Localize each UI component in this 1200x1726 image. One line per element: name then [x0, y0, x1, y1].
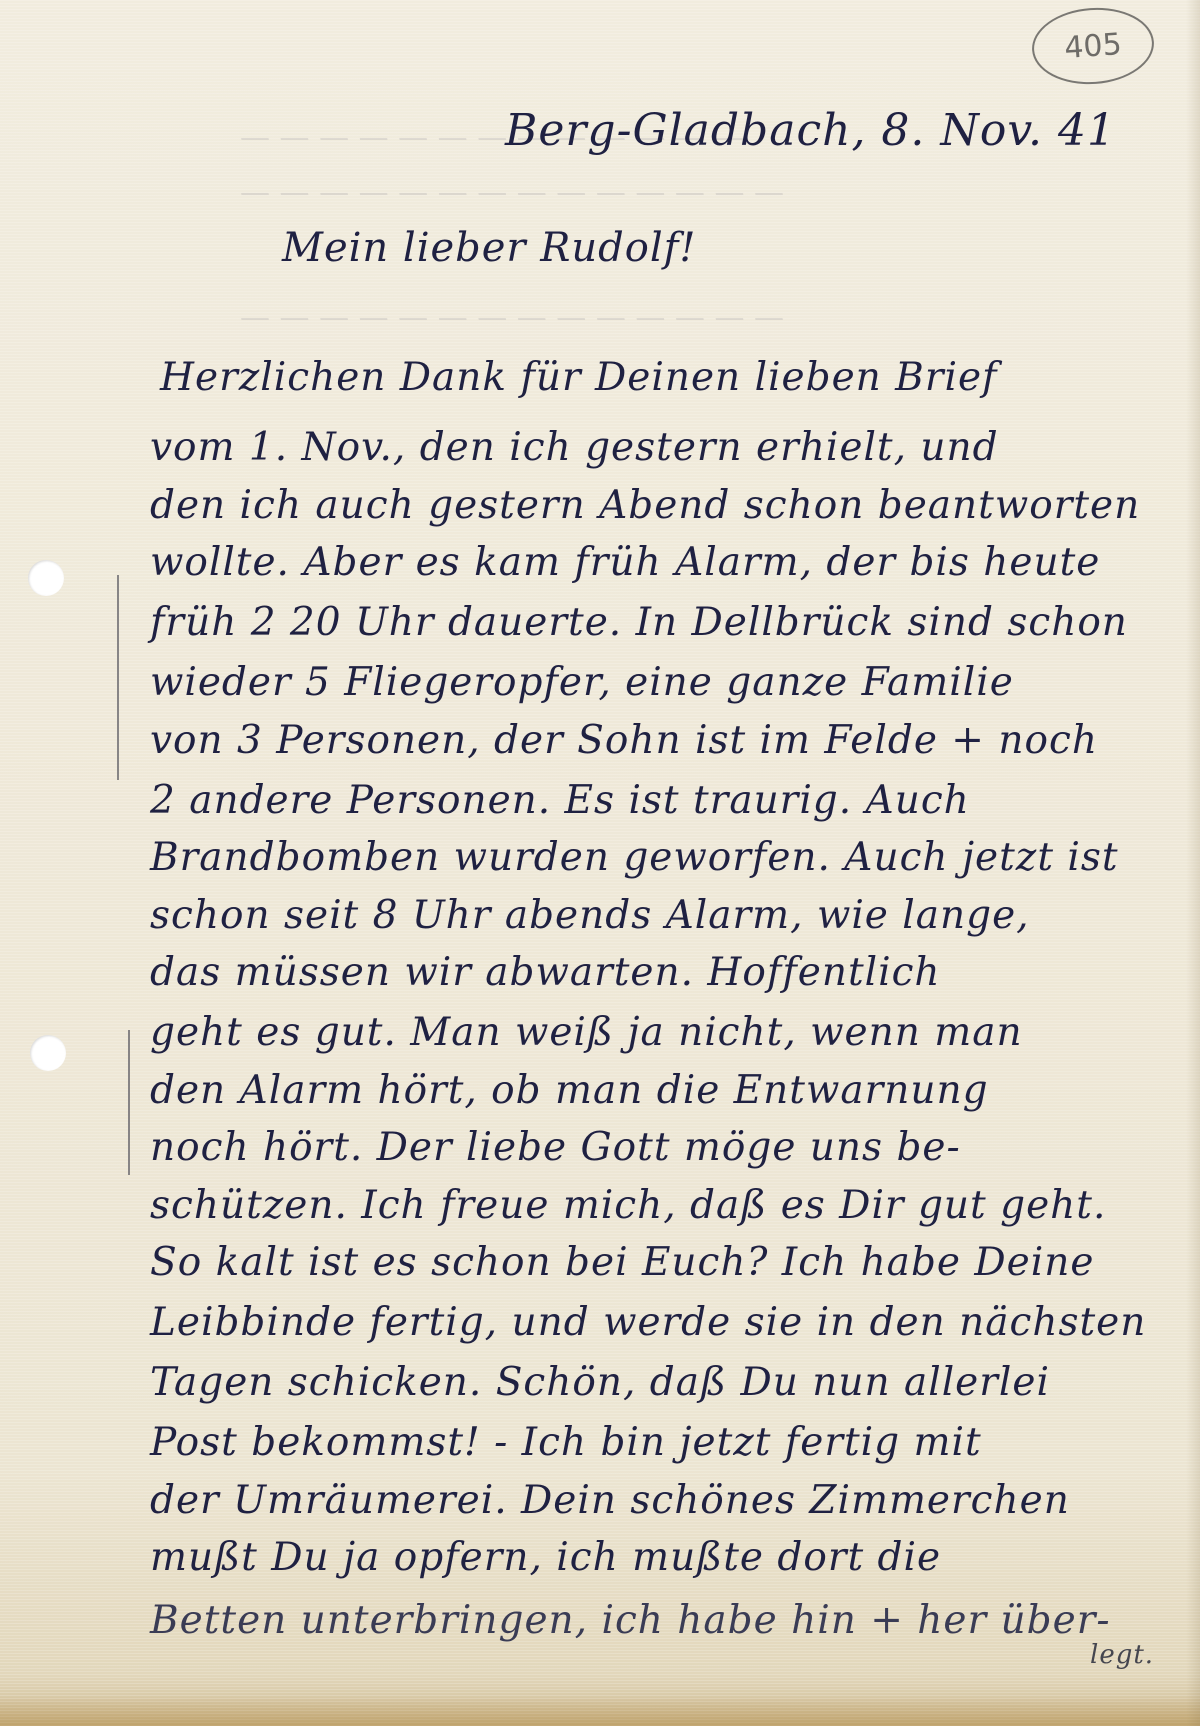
letter-line: Tagen schicken. Schön, daß Du nun allerl… [150, 1360, 1050, 1405]
letter-line: wollte. Aber es kam früh Alarm, der bis … [150, 540, 1100, 585]
letter-line: das müssen wir abwarten. Hoffentlich [150, 950, 941, 995]
letter-line: den ich auch gestern Abend schon beantwo… [150, 483, 1140, 528]
letter-line: den Alarm hört, ob man die Entwarnung [150, 1068, 989, 1113]
punch-hole-upper [28, 560, 64, 596]
letter-line: der Umräumerei. Dein schönes Zimmerchen [150, 1478, 1070, 1523]
letter-line: früh 2 20 Uhr dauerte. In Dellbrück sind… [150, 600, 1128, 645]
bleed-through-text: — — — — — — — — — — — — — — [240, 175, 784, 210]
letter-line: Betten unterbringen, ich habe hin + her … [150, 1598, 1111, 1643]
archive-number-text: 405 [1063, 27, 1123, 66]
salutation: Mein lieber Rudolf! [282, 225, 697, 271]
letter-line: von 3 Personen, der Sohn ist im Felde + … [150, 718, 1098, 763]
letter-line: Herzlichen Dank für Deinen lieben Brief [160, 355, 997, 400]
letter-line: mußt Du ja opfern, ich mußte dort die [150, 1535, 941, 1580]
letter-line: So kalt ist es schon bei Euch? Ich habe … [150, 1240, 1094, 1285]
letter-sheet: — — — — — — — — — — — — — — — — — — — — … [0, 0, 1200, 1726]
archive-number-circled: 405 [1029, 4, 1156, 88]
margin-line-upper [117, 575, 119, 780]
letter-line: schon seit 8 Uhr abends Alarm, wie lange… [150, 893, 1030, 938]
letter-line: Post bekommst! - Ich bin jetzt fertig mi… [150, 1420, 982, 1465]
letter-line: Brandbomben wurden geworfen. Auch jetzt … [150, 835, 1119, 880]
margin-line-lower [128, 1030, 130, 1175]
letter-line: wieder 5 Fliegeropfer, eine ganze Famili… [150, 660, 1014, 705]
continuation-word: legt. [1090, 1640, 1154, 1670]
letter-line: noch hört. Der liebe Gott möge uns be- [150, 1125, 961, 1170]
paper-edge-stain [0, 1696, 1200, 1726]
letter-line: 2 andere Personen. Es ist traurig. Auch [150, 778, 970, 823]
letter-line: schützen. Ich freue mich, daß es Dir gut… [150, 1183, 1106, 1228]
bleed-through-text: — — — — — — — — — — — — — — [240, 300, 784, 335]
letter-line: Leibbinde fertig, und werde sie in den n… [150, 1300, 1146, 1345]
punch-hole-lower [30, 1035, 66, 1071]
place-date-heading: Berg-Gladbach, 8. Nov. 41 [505, 105, 1116, 156]
letter-line: vom 1. Nov., den ich gestern erhielt, un… [150, 425, 999, 470]
letter-line: geht es gut. Man weiß ja nicht, wenn man [150, 1010, 1023, 1055]
